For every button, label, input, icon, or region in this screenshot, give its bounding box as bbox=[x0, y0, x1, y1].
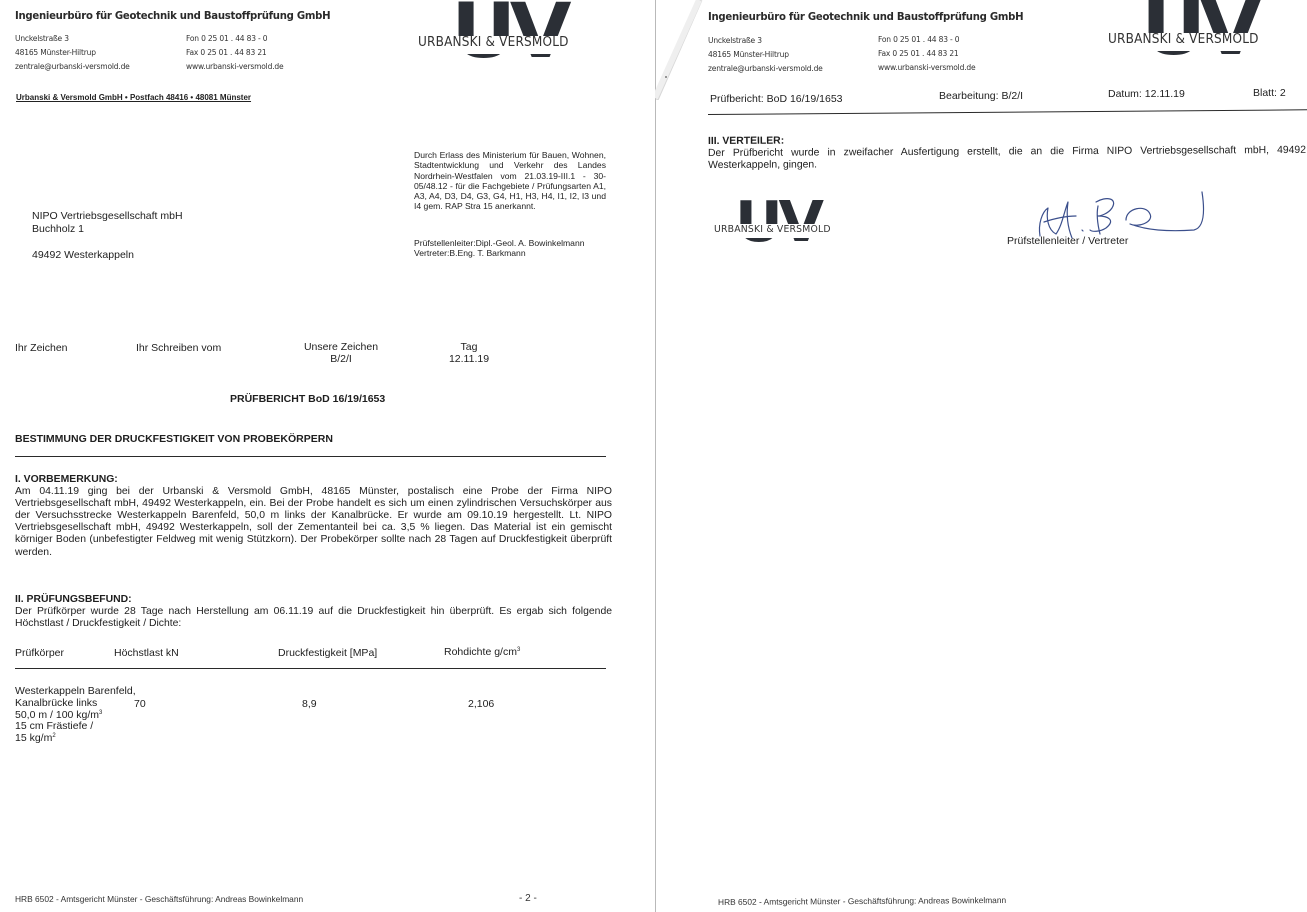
staff-leader: Prüfstellenleiter:Dipl.-Geol. A. Bowinke… bbox=[414, 238, 614, 248]
specimen-line: 15 kg/m2 bbox=[15, 733, 136, 745]
subject-rule bbox=[15, 456, 606, 457]
section1-text: Am 04.11.19 ging bei der Urbanski & Vers… bbox=[15, 486, 612, 559]
contact-website: www.urbanski-versmold.de bbox=[878, 60, 975, 74]
footer-registry: HRB 6502 - Amtsgericht Münster - Geschäf… bbox=[718, 895, 1006, 907]
value-tag: 12.11.19 bbox=[440, 353, 498, 365]
logo-wordmark: URBANSKI & VERSMOLD bbox=[1108, 32, 1259, 47]
staff-info: Prüfstellenleiter:Dipl.-Geol. A. Bowinke… bbox=[414, 238, 614, 259]
value-strength: 8,9 bbox=[302, 698, 317, 710]
section3-text: Der Prüfbericht wurde in zweifacher Ausf… bbox=[708, 145, 1306, 172]
address-street: Unckelstraße 3 bbox=[15, 31, 130, 45]
specimen-text: 50,0 m / 100 kg/m bbox=[15, 709, 99, 721]
logo-wordmark: URBANSKI & VERSMOLD bbox=[418, 35, 569, 50]
value-unsere-zeichen: B/2/I bbox=[300, 353, 382, 365]
logo-letters: UV bbox=[735, 193, 820, 253]
document-page-2: Ingenieurbüro für Geotechnik und Baustof… bbox=[0, 0, 655, 912]
specimen-exp: 3 bbox=[99, 710, 102, 716]
document-page-continuation: Ingenieurbüro für Geotechnik und Baustof… bbox=[655, 0, 1307, 912]
section-vorbemerkung: I. VORBEMERKUNG: Am 04.11.19 ging bei de… bbox=[15, 474, 612, 559]
letterhead-contact: Fon 0 25 01 . 44 83 - 0 Fax 0 25 01 . 44… bbox=[186, 31, 292, 73]
section1-heading: I. VORBEMERKUNG: bbox=[15, 474, 612, 486]
letterhead-company: Ingenieurbüro für Geotechnik und Baustof… bbox=[15, 9, 330, 22]
footer-registry: HRB 6502 - Amtsgericht Münster - Geschäf… bbox=[15, 894, 303, 904]
specimen-exp: 2 bbox=[52, 733, 55, 739]
col-header-strength: Druckfestigkeit [MPa] bbox=[278, 647, 377, 659]
signature-caption: Prüfstellenleiter / Vertreter bbox=[1007, 235, 1128, 247]
accreditation-notice: Durch Erlass des Ministerium für Bauen, … bbox=[414, 150, 606, 212]
letterhead-contact: Fon 0 25 01 . 44 83 - 0 Fax 0 25 01 . 44… bbox=[878, 32, 984, 74]
label-tag: Tag bbox=[440, 341, 498, 353]
specimen-text: 15 kg/m bbox=[15, 732, 52, 744]
tag: Tag 12.11.19 bbox=[440, 341, 498, 365]
density-unit-exp: 3 bbox=[517, 647, 520, 653]
letterhead-company: Ingenieurbüro für Geotechnik und Baustof… bbox=[708, 10, 1023, 23]
col-header-max-load: Höchstlast kN bbox=[114, 647, 179, 659]
table-header-rule bbox=[15, 668, 606, 669]
recipient-address: NIPO Vertriebsgesellschaft mbH Buchholz … bbox=[32, 210, 183, 262]
recipient-company: NIPO Vertriebsgesellschaft mbH bbox=[32, 210, 183, 223]
contact-website: www.urbanski-versmold.de bbox=[186, 59, 283, 73]
address-email: zentrale@urbanski-versmold.de bbox=[15, 59, 130, 73]
report-reference: Prüfbericht: BoD 16/19/1653 bbox=[710, 93, 843, 105]
label-ihr-zeichen: Ihr Zeichen bbox=[15, 342, 68, 354]
header-rule bbox=[708, 109, 1307, 115]
datum: Datum: 12.11.19 bbox=[1108, 88, 1185, 100]
blatt: Blatt: 2 bbox=[1253, 87, 1286, 99]
section-verteiler: III. VERTEILER: Der Prüfbericht wurde in… bbox=[708, 133, 1306, 172]
section2-text: Der Prüfkörper wurde 28 Tage nach Herste… bbox=[15, 606, 612, 630]
report-title: PRÜFBERICHT BoD 16/19/1653 bbox=[230, 393, 385, 405]
recipient-city: 49492 Westerkappeln bbox=[32, 249, 183, 262]
value-density: 2,106 bbox=[468, 698, 494, 710]
letterhead-address: Unckelstraße 3 48165 Münster-Hiltrup zen… bbox=[15, 31, 140, 73]
table-row: Westerkappeln Barenfeld, Kanalbrücke lin… bbox=[15, 686, 136, 745]
letterhead-address: Unckelstraße 3 48165 Münster-Hiltrup zen… bbox=[708, 33, 833, 75]
contact-fax: Fax 0 25 01 . 44 83 21 bbox=[878, 46, 975, 60]
page-number: - 2 - bbox=[519, 893, 537, 904]
address-city: 48165 Münster-Hiltrup bbox=[15, 45, 130, 59]
logo-wordmark: URBANSKI & VERSMOLD bbox=[714, 224, 831, 235]
label-unsere-zeichen: Unsere Zeichen bbox=[300, 341, 382, 353]
value-max-load: 70 bbox=[134, 698, 146, 710]
address-street: Unckelstraße 3 bbox=[708, 33, 823, 47]
staff-deputy: Vertreter:B.Eng. T. Barkmann bbox=[414, 248, 614, 258]
address-email: zentrale@urbanski-versmold.de bbox=[708, 61, 823, 75]
company-logo-stamp: UV URBANSKI & VERSMOLD bbox=[712, 203, 832, 255]
sender-return-line: Urbanski & Versmold GmbH • Postfach 4841… bbox=[16, 93, 251, 102]
contact-phone: Fon 0 25 01 . 44 83 - 0 bbox=[878, 32, 975, 46]
col-header-density: Rohdichte g/cm3 bbox=[444, 646, 520, 658]
contact-fax: Fax 0 25 01 . 44 83 21 bbox=[186, 45, 283, 59]
unsere-zeichen: Unsere Zeichen B/2/I bbox=[300, 341, 382, 365]
col-header-specimen: Prüfkörper bbox=[15, 647, 64, 659]
bearbeitung: Bearbeitung: B/2/I bbox=[939, 90, 1023, 102]
density-unit: Rohdichte g/cm bbox=[444, 646, 517, 658]
contact-phone: Fon 0 25 01 . 44 83 - 0 bbox=[186, 31, 283, 45]
address-city: 48165 Münster-Hiltrup bbox=[708, 47, 823, 61]
label-ihr-schreiben: Ihr Schreiben vom bbox=[136, 342, 221, 354]
company-logo: UV URBANSKI & VERSMOLD bbox=[416, 5, 576, 75]
recipient-street: Buchholz 1 bbox=[32, 223, 183, 236]
company-logo: UV URBANSKI & VERSMOLD bbox=[1106, 2, 1266, 72]
section2-heading: II. PRÜFUNGSBEFUND: bbox=[15, 594, 612, 606]
section-pruefungsbefund: II. PRÜFUNGSBEFUND: Der Prüfkörper wurde… bbox=[15, 594, 612, 630]
report-subject: BESTIMMUNG DER DRUCKFESTIGKEIT VON PROBE… bbox=[15, 433, 333, 445]
page-fold-mark bbox=[655, 0, 705, 100]
